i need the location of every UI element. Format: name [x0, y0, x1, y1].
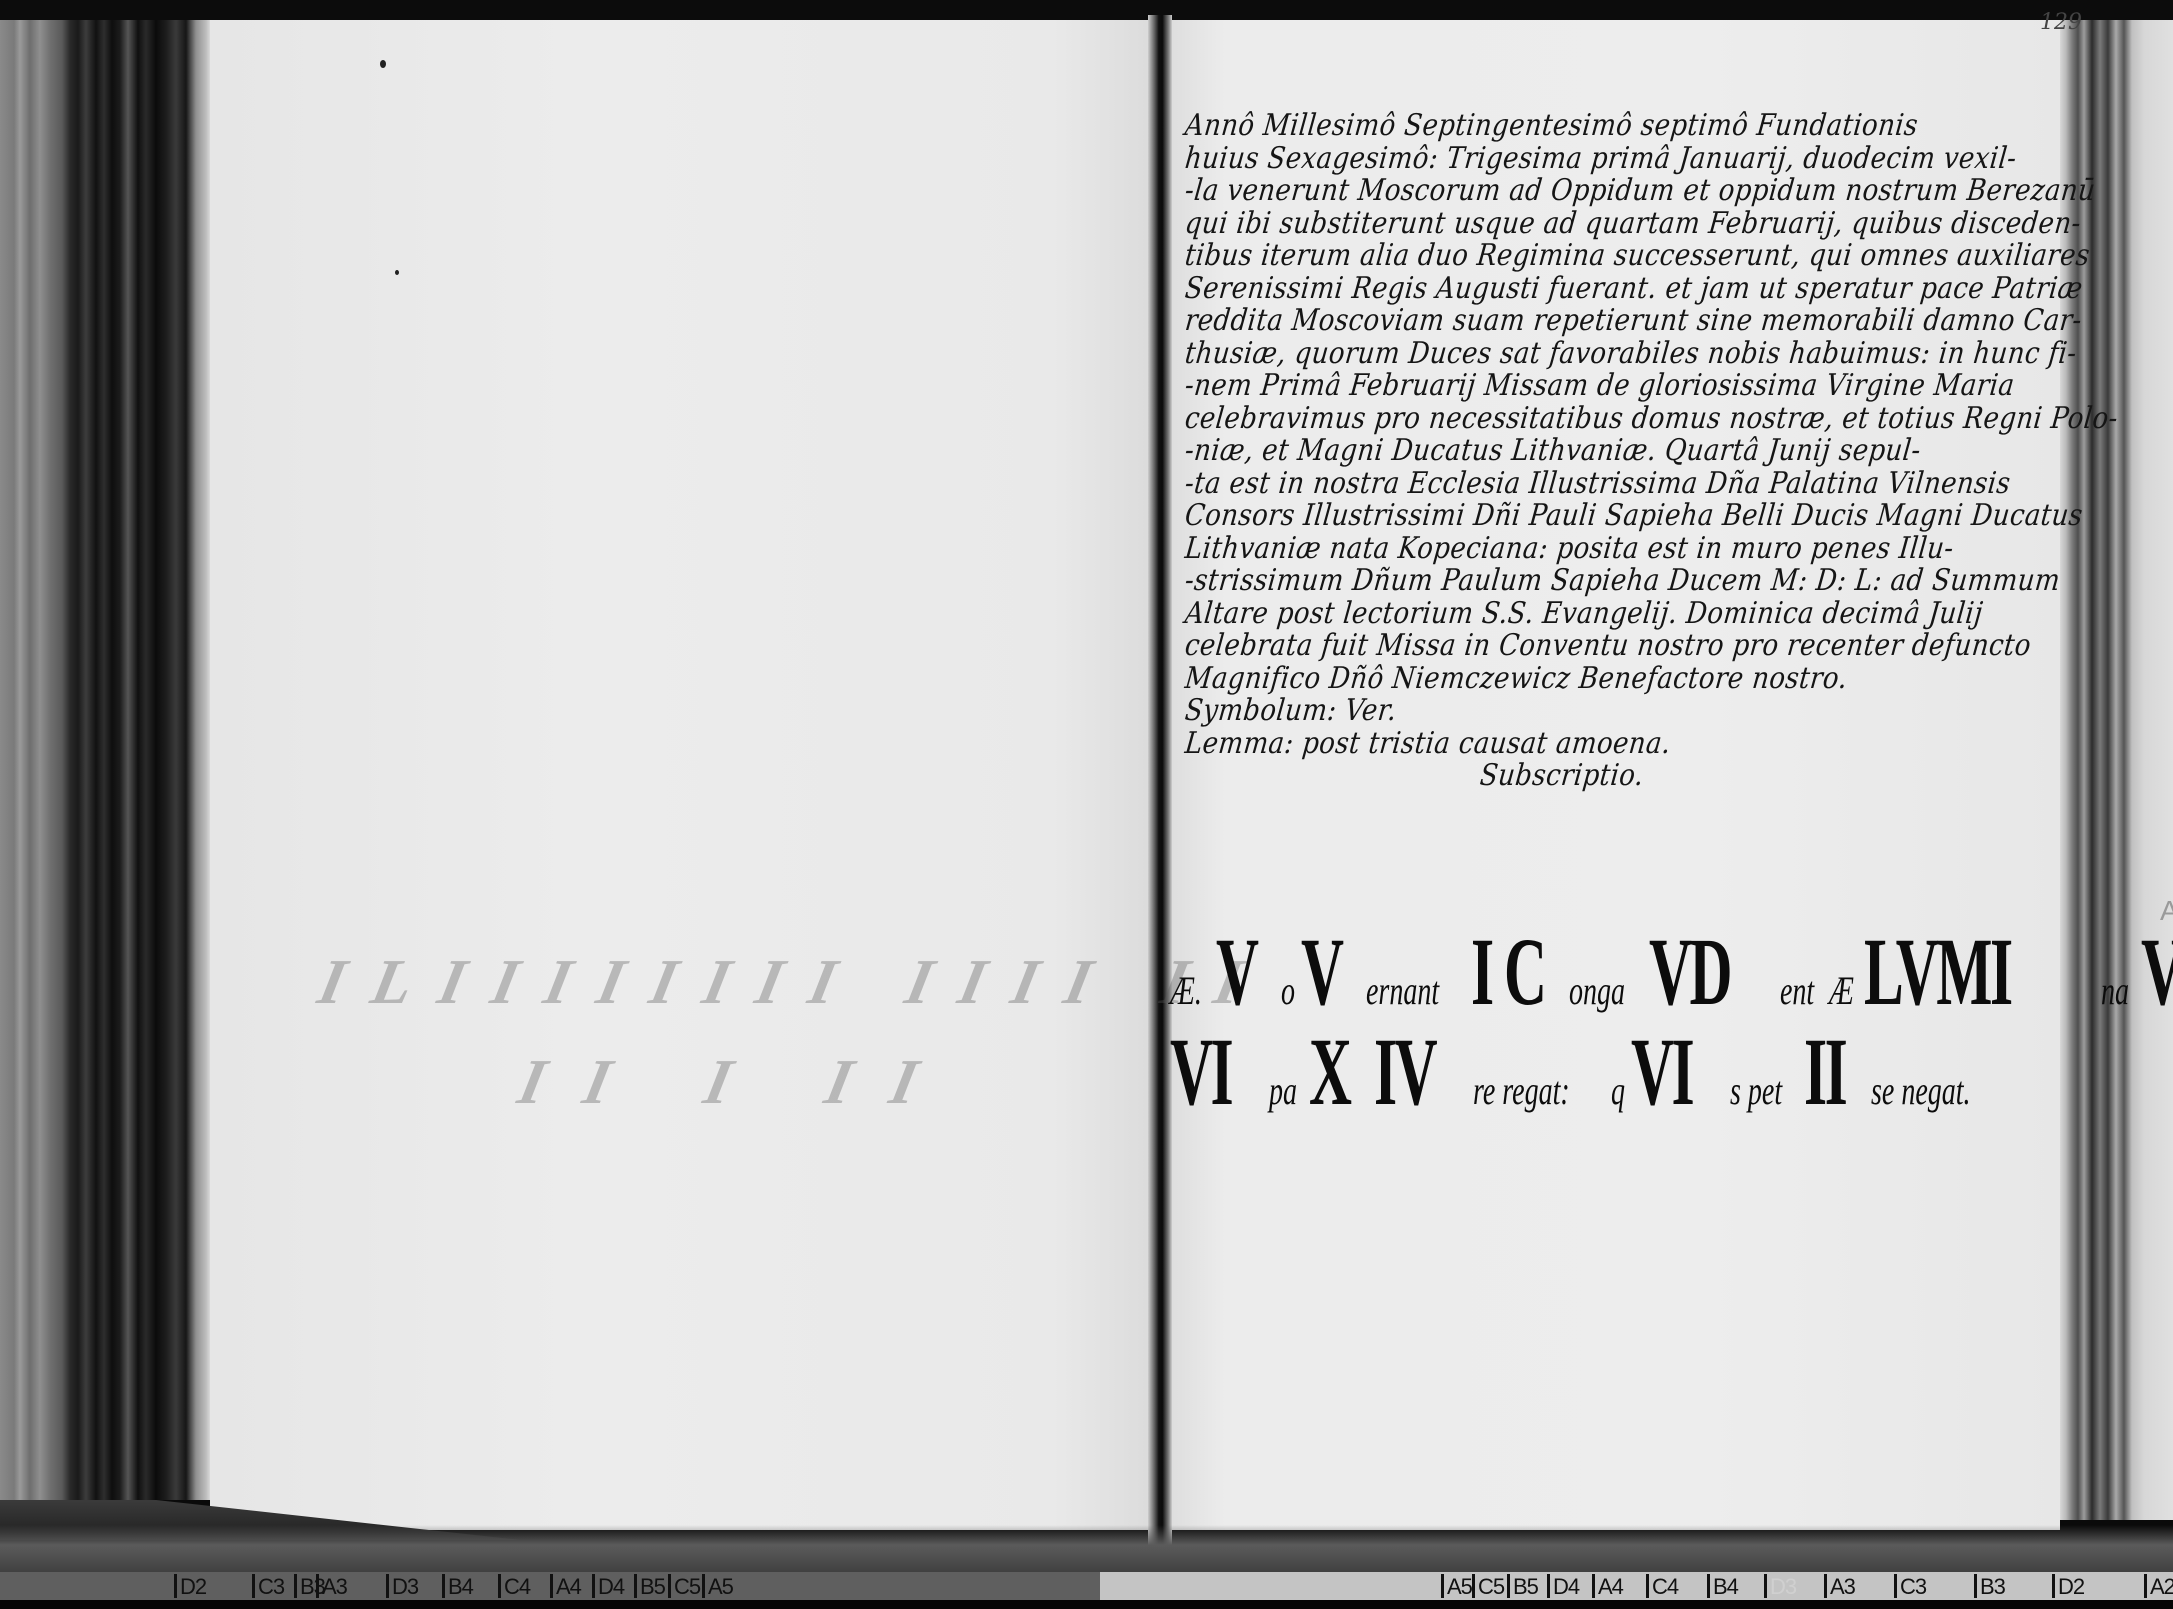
film-scale-label: C5: [1478, 1574, 1504, 1600]
film-scale-tick: [1646, 1574, 1649, 1598]
film-scale-tick: [1764, 1574, 1767, 1598]
chronogram-numeral: II: [1804, 1025, 1845, 1119]
chronogram-numeral: VI: [1170, 1025, 1231, 1119]
chronogram-letters: na: [2101, 967, 2129, 1014]
film-scale-tick: [592, 1574, 595, 1598]
lemma-label: Lemma:: [1183, 726, 1295, 761]
chronogram-letters: onga: [1569, 967, 1625, 1014]
film-scale-label: D4: [1553, 1574, 1579, 1600]
film-top-border: [0, 0, 2173, 22]
film-scale-tick: [1507, 1574, 1510, 1598]
chronogram-numeral: VD: [1649, 925, 1730, 1019]
symbolum-line: Symbolum: Ver.: [1183, 693, 2017, 730]
film-scale-tick: [1824, 1574, 1827, 1598]
chronogram-letters: Æ.: [1170, 967, 1202, 1014]
text-line: Annô Millesimô Septingentesimô septimô F…: [1183, 108, 2017, 145]
film-scale-label: D4: [598, 1574, 624, 1600]
film-scale-tick: [2144, 1574, 2147, 1598]
chronogram-numeral: V: [1216, 925, 1257, 1019]
film-scale-tick: [2052, 1574, 2055, 1598]
book-gutter: [1148, 15, 1172, 1545]
paper-speck: [380, 60, 386, 68]
left-page-block-edges: [0, 20, 210, 1500]
film-scale-label: A4: [556, 1574, 581, 1600]
lemma-value: post tristia causat amoena.: [1301, 726, 1673, 761]
page-number: 129: [2040, 10, 2082, 35]
chronogram-line-2: VIpaX IVre regat: qVIs petIIse negat.: [1170, 1025, 2050, 1119]
chronogram-numeral: V: [1301, 925, 1342, 1019]
film-scale-tick: [1592, 1574, 1595, 1598]
film-scale-tick: [550, 1574, 553, 1598]
text-line: celebrata fuit Missa in Conventu nostro …: [1183, 628, 2017, 665]
chronogram-letters: Æ: [1829, 967, 1854, 1014]
text-line: Consors Illustrissimi Dñi Pauli Sapieha …: [1183, 498, 2017, 535]
chronogram-letters: s pet: [1730, 1067, 1782, 1114]
film-scale-label: A3: [1830, 1574, 1855, 1600]
film-scale-label: B4: [1713, 1574, 1738, 1600]
chronogram-letters: re regat:: [1473, 1067, 1570, 1114]
chronogram-letters: se negat.: [1871, 1067, 1971, 1114]
film-scale-tick: [1707, 1574, 1710, 1598]
film-scale-tick: [1894, 1574, 1897, 1598]
film-scale-tick: [316, 1574, 319, 1598]
chronogram-numeral: VI: [1631, 1025, 1692, 1119]
bleed-through-line-2: II I II: [512, 1045, 964, 1119]
chronogram-numeral: I: [1471, 925, 1492, 1019]
text-line: tibus iterum alia duo Regimina successer…: [1183, 238, 2017, 275]
text-line: -nem Primâ Februarij Missam de gloriosis…: [1183, 368, 2017, 405]
film-scale-strip-right: [1100, 1572, 2173, 1602]
film-scale-label: C3: [1900, 1574, 1926, 1600]
film-scale-label: C3: [258, 1574, 284, 1600]
film-scale-label: D2: [2058, 1574, 2084, 1600]
bottom-shadow: [0, 1525, 2173, 1575]
chronogram-letters: o: [1281, 967, 1295, 1014]
film-scale-label: D2: [180, 1574, 206, 1600]
film-scale-tick: [668, 1574, 671, 1598]
film-scale-tick: [294, 1574, 297, 1598]
film-scale-tick: [174, 1574, 177, 1598]
text-line: -la venerunt Moscorum ad Oppidum et oppi…: [1183, 173, 2017, 210]
symbolum-label: Symbolum:: [1183, 694, 1338, 729]
film-scale-label: C4: [1652, 1574, 1678, 1600]
film-scale-tick: [634, 1574, 637, 1598]
film-scale-label: C5: [674, 1574, 700, 1600]
film-scale-label: D3: [392, 1574, 418, 1600]
film-scale-label: A5: [1447, 1574, 1472, 1600]
subscriptio-heading: Subscriptio.: [1183, 758, 2017, 795]
chronogram-numeral: V: [2141, 925, 2173, 1019]
symbolum-value: Ver.: [1343, 694, 1398, 729]
film-scale-label: D3: [1770, 1574, 1796, 1600]
bleed-through-line-1: ILIIIIIIII IIII II: [312, 945, 1276, 1019]
chronogram-numeral: IV: [1374, 1025, 1435, 1119]
film-scale-label: B5: [640, 1574, 665, 1600]
film-scale-label: A5: [708, 1574, 733, 1600]
chronogram-letters: pa: [1269, 1067, 1297, 1114]
manuscript-entry: Annô Millesimô Septingentesimô septimô F…: [1185, 110, 2015, 793]
film-scale-tick: [442, 1574, 445, 1598]
film-scale-tick: [702, 1574, 705, 1598]
text-line: -niæ, et Magni Ducatus Lithvaniæ. Quartâ…: [1183, 433, 2017, 470]
film-scale-label: A2: [2150, 1574, 2173, 1600]
chronogram: Æ.VoVernantI CongaVDent ÆLVMInaVentI, VI…: [1170, 925, 2050, 1119]
text-line: reddita Moscoviam suam repetierunt sine …: [1183, 303, 2017, 340]
film-scale-label: A4: [1598, 1574, 1623, 1600]
film-scale-tick: [498, 1574, 501, 1598]
film-scale-label: B4: [448, 1574, 473, 1600]
film-bottom-border: [0, 1600, 2173, 1609]
chronogram-numeral: X: [1309, 1025, 1350, 1119]
film-scale-label: B3: [1980, 1574, 2005, 1600]
paper-speck: [395, 270, 399, 275]
chronogram-numeral: C: [1504, 925, 1545, 1019]
text-line: -strissimum Dñum Paulum Sapieha Ducem M:…: [1183, 563, 2017, 600]
chronogram-numeral: LVMI: [1864, 925, 2011, 1019]
left-page: [210, 20, 1148, 1530]
chronogram-letters: ent: [1780, 967, 1814, 1014]
film-scale-label: A3: [322, 1574, 347, 1600]
chronogram-letters: ernant: [1366, 967, 1439, 1014]
chronogram-letters: q: [1611, 1067, 1625, 1114]
film-scale-tick: [1472, 1574, 1475, 1598]
film-scale-label: C4: [504, 1574, 530, 1600]
film-scale-label: B5: [1513, 1574, 1538, 1600]
chronogram-line-1: Æ.VoVernantI CongaVDent ÆLVMInaVentI,: [1170, 925, 2050, 1019]
film-scale-tick: [252, 1574, 255, 1598]
film-scale-tick: [386, 1574, 389, 1598]
film-scale-tick: [1974, 1574, 1977, 1598]
film-scale-tick: [1441, 1574, 1444, 1598]
film-scale-tick: [1547, 1574, 1550, 1598]
